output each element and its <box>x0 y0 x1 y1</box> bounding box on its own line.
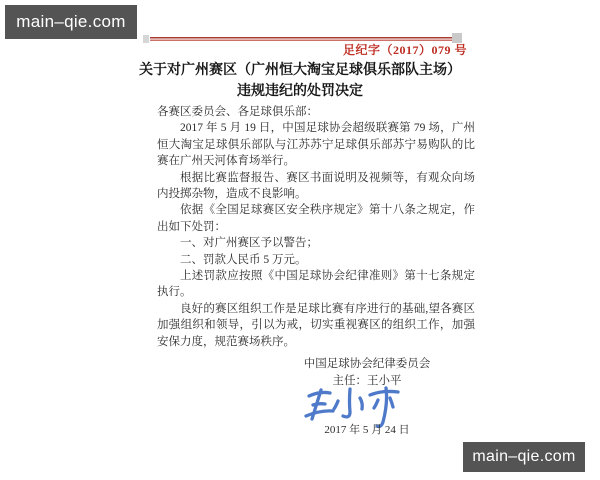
paragraph-fine-execution: 上述罚款应按照《中国足球协会纪律准则》第十七条规定执行。 <box>157 268 475 301</box>
paragraph-closing-remarks: 良好的赛区组织工作是足球比赛有序进行的基础,望各赛区加强组织和领导，引以为戒，切… <box>157 301 475 350</box>
scanned-document-page: main–qie.com 足纪字（2017）079 号 关于对广州赛区（广州恒大… <box>0 0 600 480</box>
salutation: 各赛区委员会、各足球俱乐部： <box>157 104 475 120</box>
penalty-item-2: 二、罚款人民币 5 万元。 <box>157 252 475 268</box>
line-handle-left <box>143 35 149 43</box>
paragraph-incident: 根据比赛监督报告、赛区书面说明及视频等，有观众向场内投掷杂物，造成不良影响。 <box>157 170 475 203</box>
watermark-top-left: main–qie.com <box>5 5 137 39</box>
paragraph-match-info: 2017 年 5 月 19 日，中国足球协会超级联赛第 79 场，广州恒大淘宝足… <box>157 120 475 169</box>
doc-body: 各赛区委员会、各足球俱乐部： 2017 年 5 月 19 日，中国足球协会超级联… <box>157 104 475 350</box>
doc-title-line1: 关于对广州赛区（广州恒大淘宝足球俱乐部队主场） <box>60 60 540 81</box>
doc-number: 足纪字（2017）079 号 <box>300 41 467 58</box>
paragraph-basis: 依据《全国足球赛区安全秩序规定》第十八条之规定，作出如下处罚： <box>157 202 475 235</box>
watermark-text: main–qie.com <box>16 12 125 32</box>
doc-title-line2: 违规违纪的处罚决定 <box>60 81 540 102</box>
penalty-item-1: 一、对广州赛区予以警告； <box>157 235 475 251</box>
doc-title: 关于对广州赛区（广州恒大淘宝足球俱乐部队主场） 违规违纪的处罚决定 <box>60 60 540 102</box>
signature-org: 中国足球协会纪律委员会 <box>252 355 482 371</box>
signature-date: 2017 年 5 月 24 日 <box>252 421 482 437</box>
watermark-bottom-right: main–qie.com <box>463 442 585 472</box>
watermark-text: main–qie.com <box>472 448 575 466</box>
